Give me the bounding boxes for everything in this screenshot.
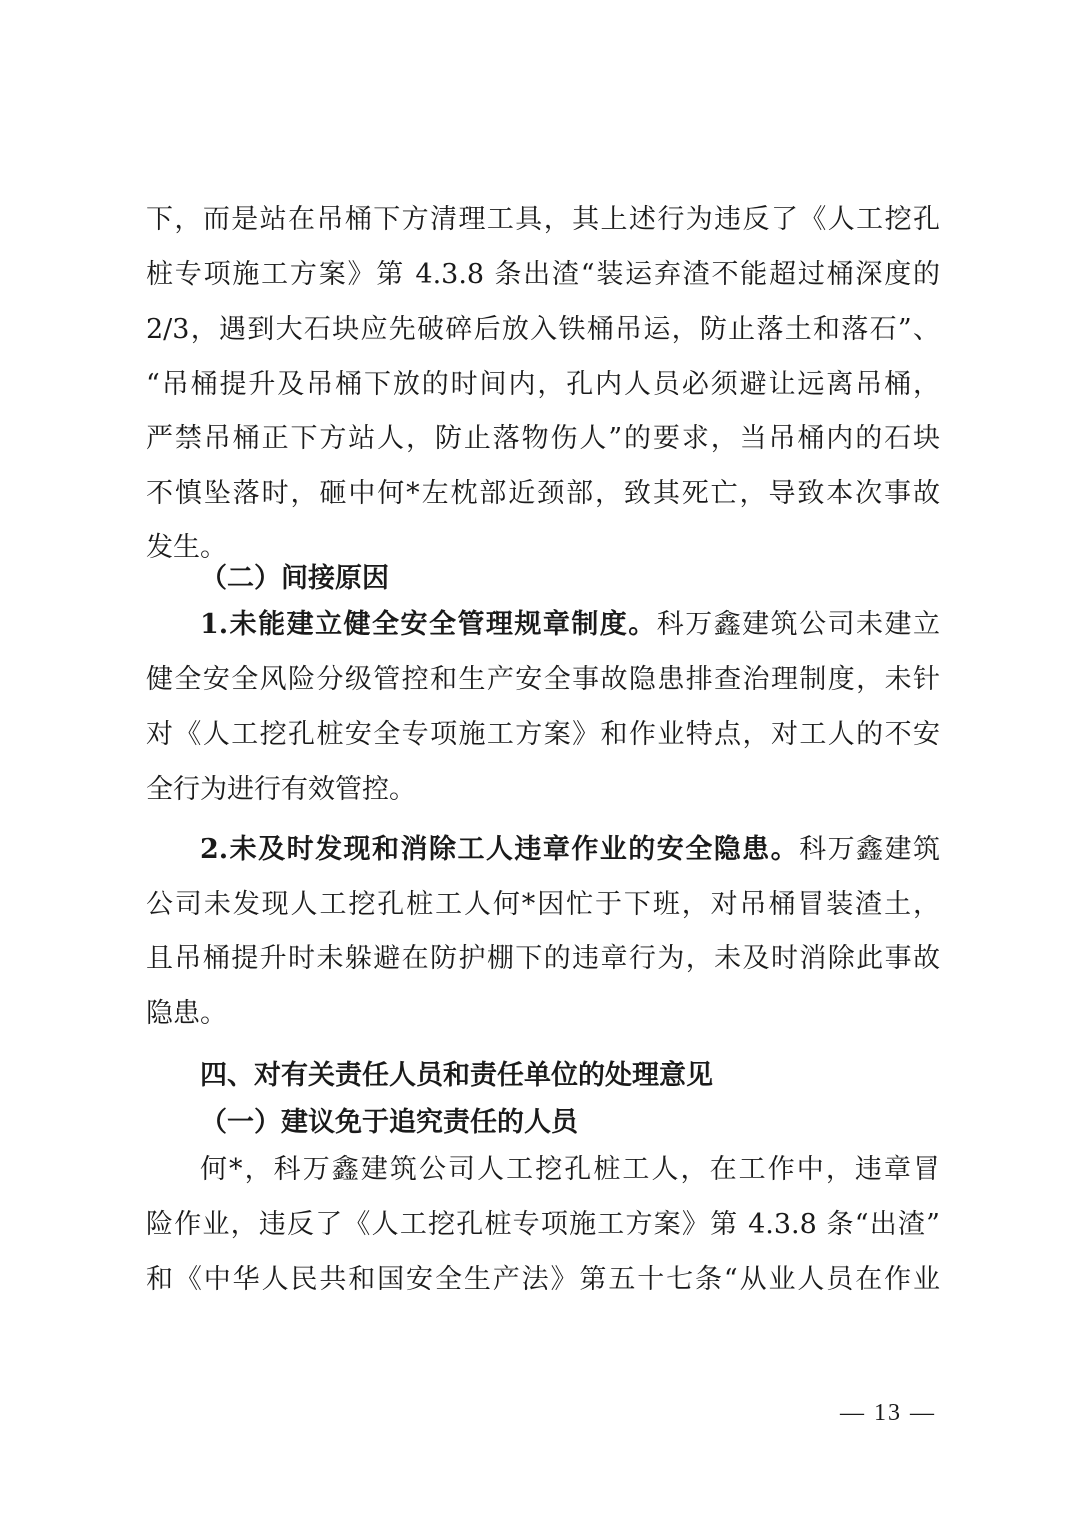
item-2-lead: 2.未及时发现和消除工人违章作业的安全隐患。 bbox=[200, 834, 799, 865]
sub-heading-exempt-persons: （一）建议免于追究责任的人员 bbox=[200, 1106, 940, 1140]
body-line: “吊桶提升及吊桶下放的时间内，孔内人员必须避让远离吊桶， bbox=[146, 368, 940, 402]
item-1-rest: 科万鑫建筑公司未建立 bbox=[657, 609, 940, 640]
section-heading-indirect-cause: （二）间接原因 bbox=[200, 562, 940, 596]
section-heading-four: 四、对有关责任人员和责任单位的处理意见 bbox=[200, 1059, 940, 1093]
body-line: 且吊桶提升时未躲避在防护棚下的违章行为，未及时消除此事故 bbox=[146, 942, 940, 976]
body-line: 发生。 bbox=[146, 531, 940, 565]
item-2-first-line: 2.未及时发现和消除工人违章作业的安全隐患。科万鑫建筑 bbox=[200, 833, 940, 867]
body-line: 桩专项施工方案》第 4.3.8 条出渣“装运弃渣不能超过桶深度的 bbox=[146, 258, 940, 292]
body-line: 何*，科万鑫建筑公司人工挖孔桩工人，在工作中，违章冒 bbox=[200, 1153, 940, 1187]
body-line: 公司未发现人工挖孔桩工人何*因忙于下班，对吊桶冒装渣土， bbox=[146, 888, 940, 922]
body-line: 隐患。 bbox=[146, 997, 940, 1031]
body-line: 健全安全风险分级管控和生产安全事故隐患排查治理制度，未针 bbox=[146, 663, 940, 697]
body-line: 2/3，遇到大石块应先破碎后放入铁桶吊运，防止落土和落石”、 bbox=[146, 313, 940, 347]
item-1-first-line: 1.未能建立健全安全管理规章制度。科万鑫建筑公司未建立 bbox=[200, 608, 940, 642]
body-line: 全行为进行有效管控。 bbox=[146, 773, 940, 807]
body-line: 下，而是站在吊桶下方清理工具，其上述行为违反了《人工挖孔 bbox=[146, 203, 940, 237]
body-line: 和《中华人民共和国安全生产法》第五十七条“从业人员在作业 bbox=[146, 1263, 940, 1297]
body-line: 对《人工挖孔桩安全专项施工方案》和作业特点，对工人的不安 bbox=[146, 718, 940, 752]
item-1-lead: 1.未能建立健全安全管理规章制度。 bbox=[200, 609, 657, 640]
item-2-rest: 科万鑫建筑 bbox=[799, 834, 940, 865]
body-line: 险作业，违反了《人工挖孔桩专项施工方案》第 4.3.8 条“出渣” bbox=[146, 1208, 940, 1242]
body-line: 严禁吊桶正下方站人，防止落物伤人”的要求，当吊桶内的石块 bbox=[146, 422, 940, 456]
body-line: 不慎坠落时，砸中何*左枕部近颈部，致其死亡，导致本次事故 bbox=[146, 477, 940, 511]
page-number: — 13 — bbox=[840, 1400, 936, 1427]
